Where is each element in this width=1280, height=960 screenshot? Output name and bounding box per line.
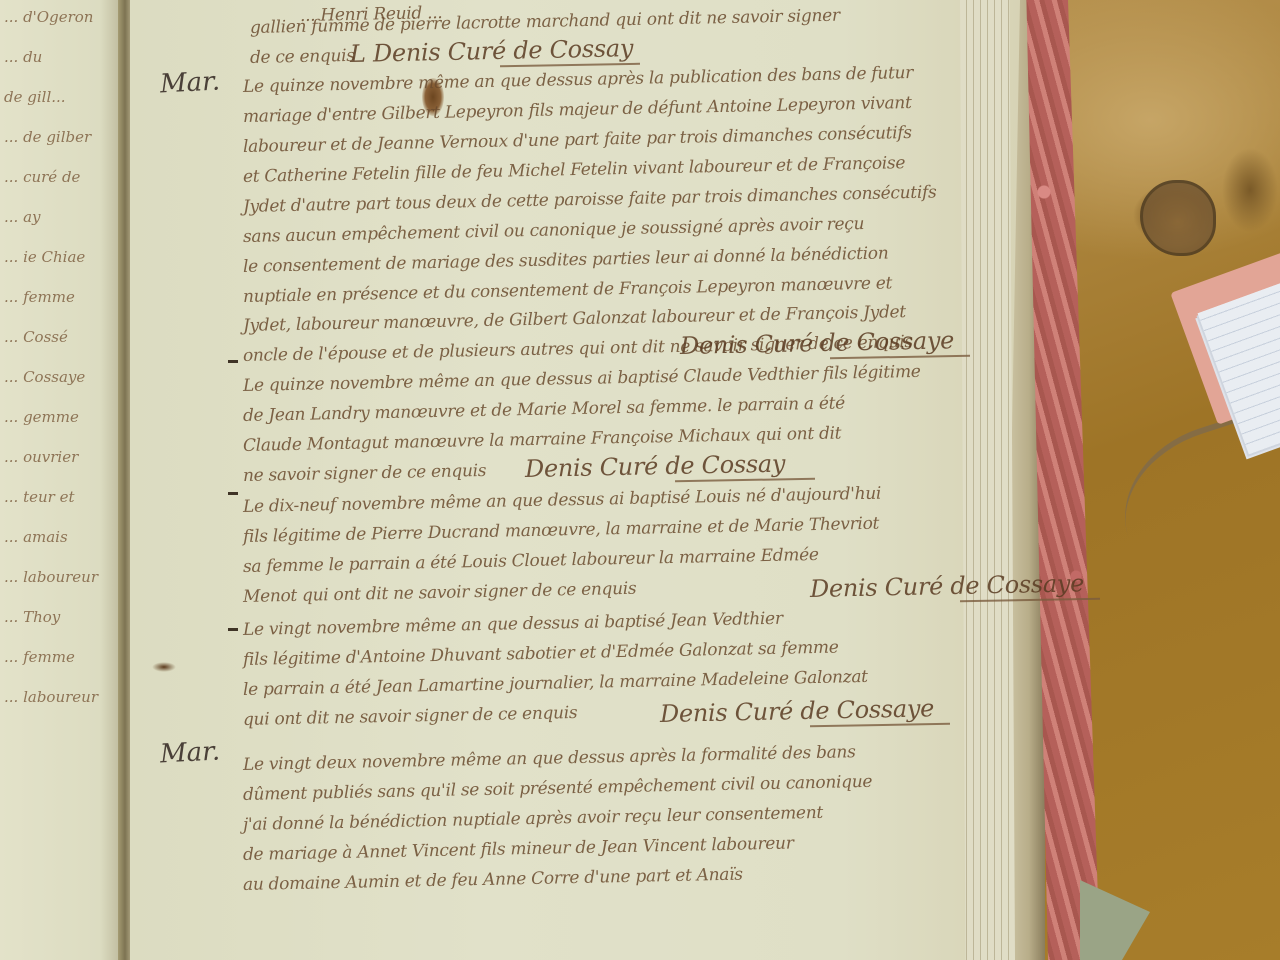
left-page: ... d'Ogeron... dude gill...... de gilbe…	[0, 0, 125, 960]
left-page-line: ... ie Chiae	[4, 248, 85, 266]
left-page-line: ... ay	[4, 208, 41, 226]
left-page-line: ... ouvrier	[4, 448, 78, 466]
left-page-line: ... curé de	[4, 168, 80, 186]
left-page-line: ... femme	[4, 648, 75, 666]
left-page-line: ... de gilber	[4, 128, 91, 146]
handwritten-line: de ce enquis	[250, 46, 355, 68]
entry-dash	[228, 492, 238, 495]
left-page-line: ... amais	[4, 528, 68, 546]
entry-dash	[228, 360, 238, 363]
left-page-line: ... Cossé	[4, 328, 68, 346]
left-page-line: ... Thoy	[4, 608, 60, 626]
left-page-line: ... du	[4, 48, 42, 66]
entry-dash	[228, 628, 238, 631]
left-page-line: ... gemme	[4, 408, 79, 426]
ink-blot	[152, 662, 176, 672]
left-page-line: ... d'Ogeron	[4, 8, 93, 26]
left-page-line: ... teur et	[4, 488, 74, 506]
left-page-line: ... laboureur	[4, 568, 98, 586]
wood-knot	[1140, 180, 1216, 256]
left-page-line: ... Cossaye	[4, 368, 85, 386]
left-page-line: de gill...	[4, 88, 66, 106]
page-edges	[960, 0, 1015, 960]
book-gutter	[118, 0, 132, 960]
margin-note-marriage: Mar.	[159, 736, 220, 769]
left-page-line: ... laboureur	[4, 688, 98, 706]
left-page-line: ... femme	[4, 288, 75, 306]
margin-note-marriage: Mar.	[159, 66, 220, 99]
